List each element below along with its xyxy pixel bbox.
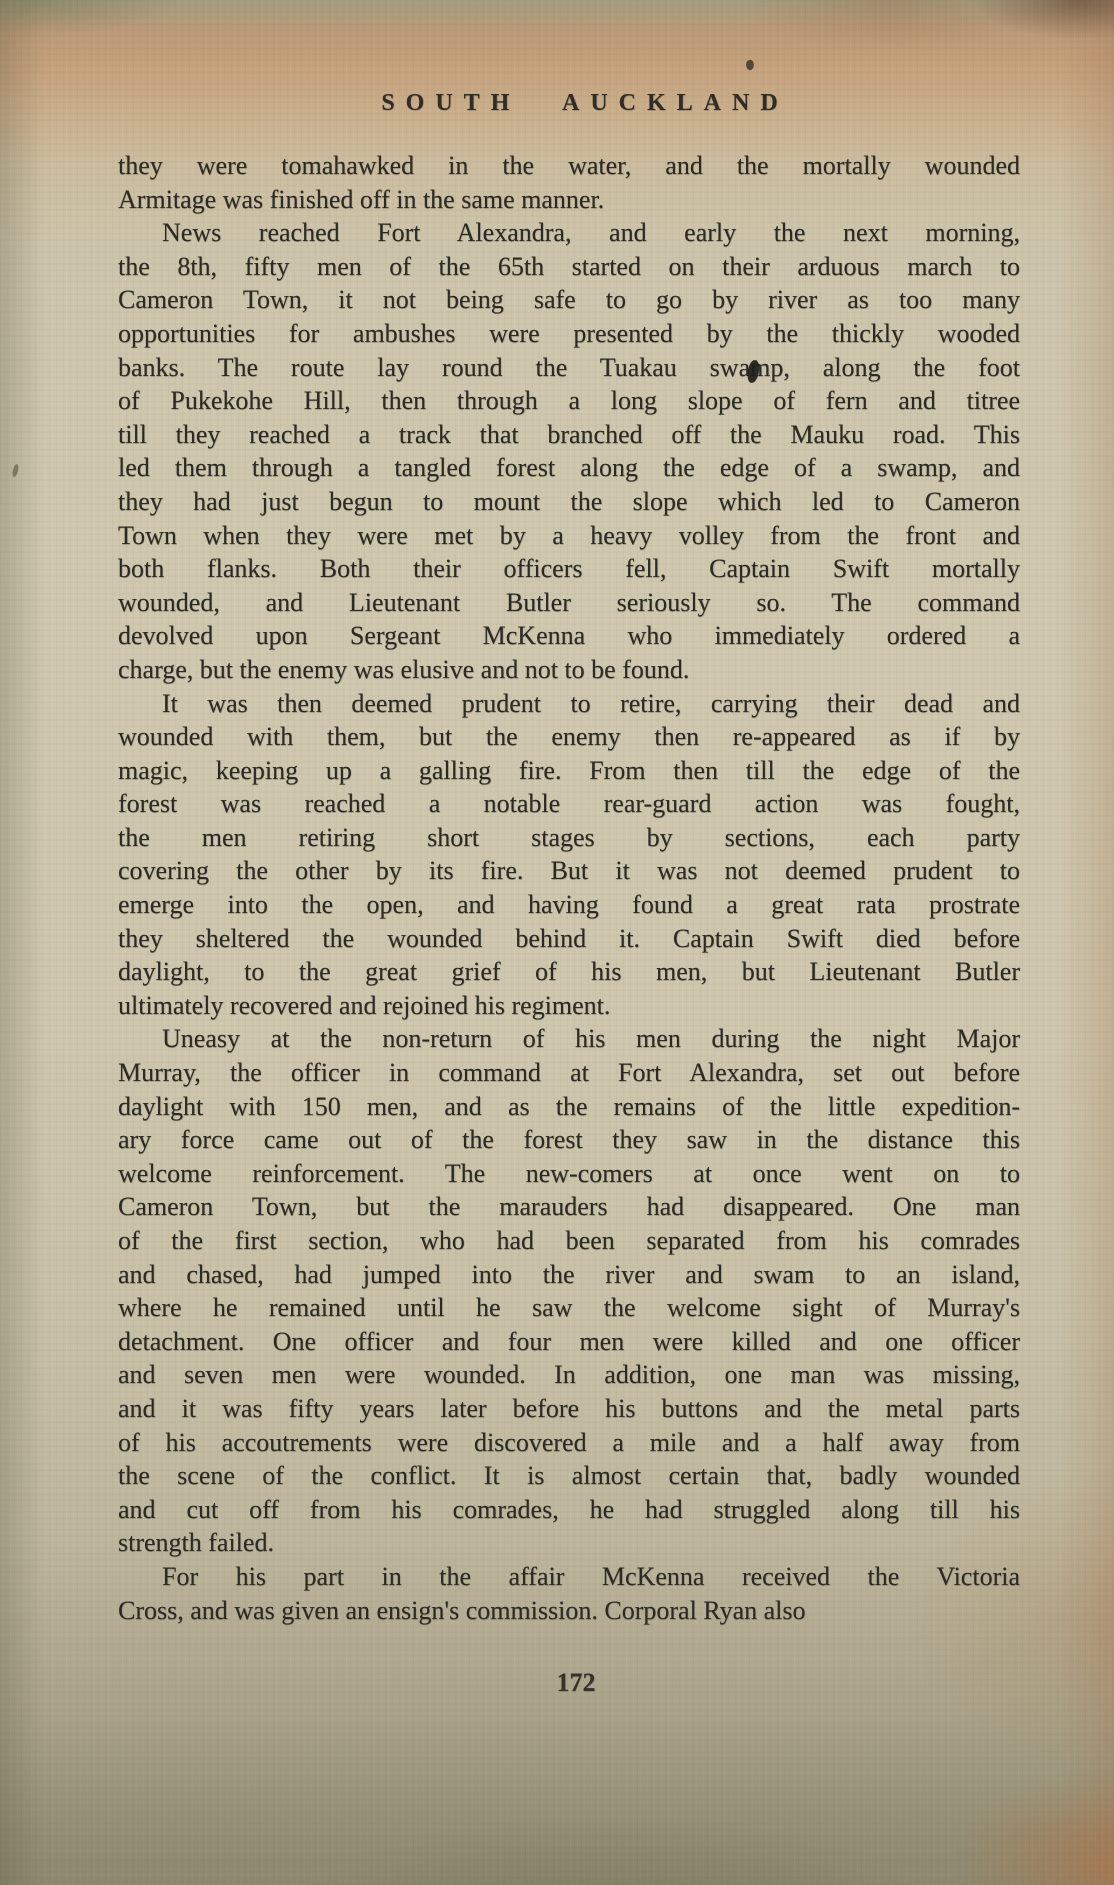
margin-mark (12, 464, 20, 478)
page-number: 172 (0, 1668, 1114, 1698)
text-line: and cut off from his comrades, he had st… (118, 1493, 1020, 1527)
paragraph: Uneasy at the non-return of his men duri… (118, 1022, 1020, 1560)
text-line: daylight, to the great grief of his men,… (118, 955, 1020, 989)
text-line: opportunities for ambushes were presente… (118, 317, 1020, 351)
text-line: Cameron Town, it not being safe to go by… (118, 283, 1020, 317)
text-line: the men retiring short stages by section… (118, 821, 1020, 855)
text-line: they sheltered the wounded behind it. Ca… (118, 922, 1020, 956)
text-line: led them through a tangled forest along … (118, 451, 1020, 485)
text-line: emerge into the open, and having found a… (118, 888, 1020, 922)
text-line: both flanks. Both their officers fell, C… (118, 552, 1020, 586)
body-text: they were tomahawked in the water, and t… (118, 149, 1020, 1627)
text-line: ultimately recovered and rejoined his re… (118, 989, 1020, 1023)
text-line: wounded with them, but the enemy then re… (118, 720, 1020, 754)
text-line: and chased, had jumped into the river an… (118, 1258, 1020, 1292)
book-page: SOUTH AUCKLAND they were tomahawked in t… (0, 0, 1114, 1885)
text-line: charge, but the enemy was elusive and no… (118, 653, 1020, 687)
text-line: Cameron Town, but the marauders had disa… (118, 1190, 1020, 1224)
text-line: detachment. One officer and four men wer… (118, 1325, 1020, 1359)
text-line: of the first section, who had been separ… (118, 1224, 1020, 1258)
paragraph: News reached Fort Alexandra, and early t… (118, 216, 1020, 686)
text-line: of Pukekohe Hill, then through a long sl… (118, 384, 1020, 418)
paragraph: For his part in the affair McKenna recei… (118, 1560, 1020, 1627)
text-line: and seven men were wounded. In addition,… (118, 1358, 1020, 1392)
text-line: the scene of the conflict. It is almost … (118, 1459, 1020, 1493)
text-line: Armitage was finished off in the same ma… (118, 183, 1020, 217)
text-line: daylight with 150 men, and as the remain… (118, 1090, 1020, 1124)
text-line: Murray, the officer in command at Fort A… (118, 1056, 1020, 1090)
text-line: welcome reinforcement. The new-comers at… (118, 1157, 1020, 1191)
text-line: the 8th, fifty men of the 65th started o… (118, 250, 1020, 284)
text-line: magic, keeping up a galling fire. From t… (118, 754, 1020, 788)
text-line: Uneasy at the non-return of his men duri… (118, 1022, 1020, 1056)
text-line: devolved upon Sergeant McKenna who immed… (118, 619, 1020, 653)
text-line: where he remained until he saw the welco… (118, 1291, 1020, 1325)
text-line: they were tomahawked in the water, and t… (118, 149, 1020, 183)
text-line: wounded, and Lieutenant Butler seriously… (118, 586, 1020, 620)
text-line: covering the other by its fire. But it w… (118, 854, 1020, 888)
paragraph: It was then deemed prudent to retire, ca… (118, 687, 1020, 1023)
text-line: Cross, and was given an ensign's commiss… (118, 1594, 1020, 1628)
text-line: they had just begun to mount the slope w… (118, 485, 1020, 519)
ink-speck (745, 59, 756, 71)
paragraph: they were tomahawked in the water, and t… (118, 149, 1020, 216)
text-line: Town when they were met by a heavy volle… (118, 519, 1020, 553)
text-line: banks. The route lay round the Tuakau sw… (118, 351, 1020, 385)
text-line: strength failed. (118, 1526, 1020, 1560)
text-line: News reached Fort Alexandra, and early t… (118, 216, 1020, 250)
text-line: ary force came out of the forest they sa… (118, 1123, 1020, 1157)
text-line: of his accoutrements were discovered a m… (118, 1426, 1020, 1460)
text-line: It was then deemed prudent to retire, ca… (118, 687, 1020, 721)
text-line: till they reached a track that branched … (118, 418, 1020, 452)
text-line: and it was fifty years later before his … (118, 1392, 1020, 1426)
running-header: SOUTH AUCKLAND (0, 90, 1114, 117)
text-line: For his part in the affair McKenna recei… (118, 1560, 1020, 1594)
text-line: forest was reached a notable rear-guard … (118, 787, 1020, 821)
